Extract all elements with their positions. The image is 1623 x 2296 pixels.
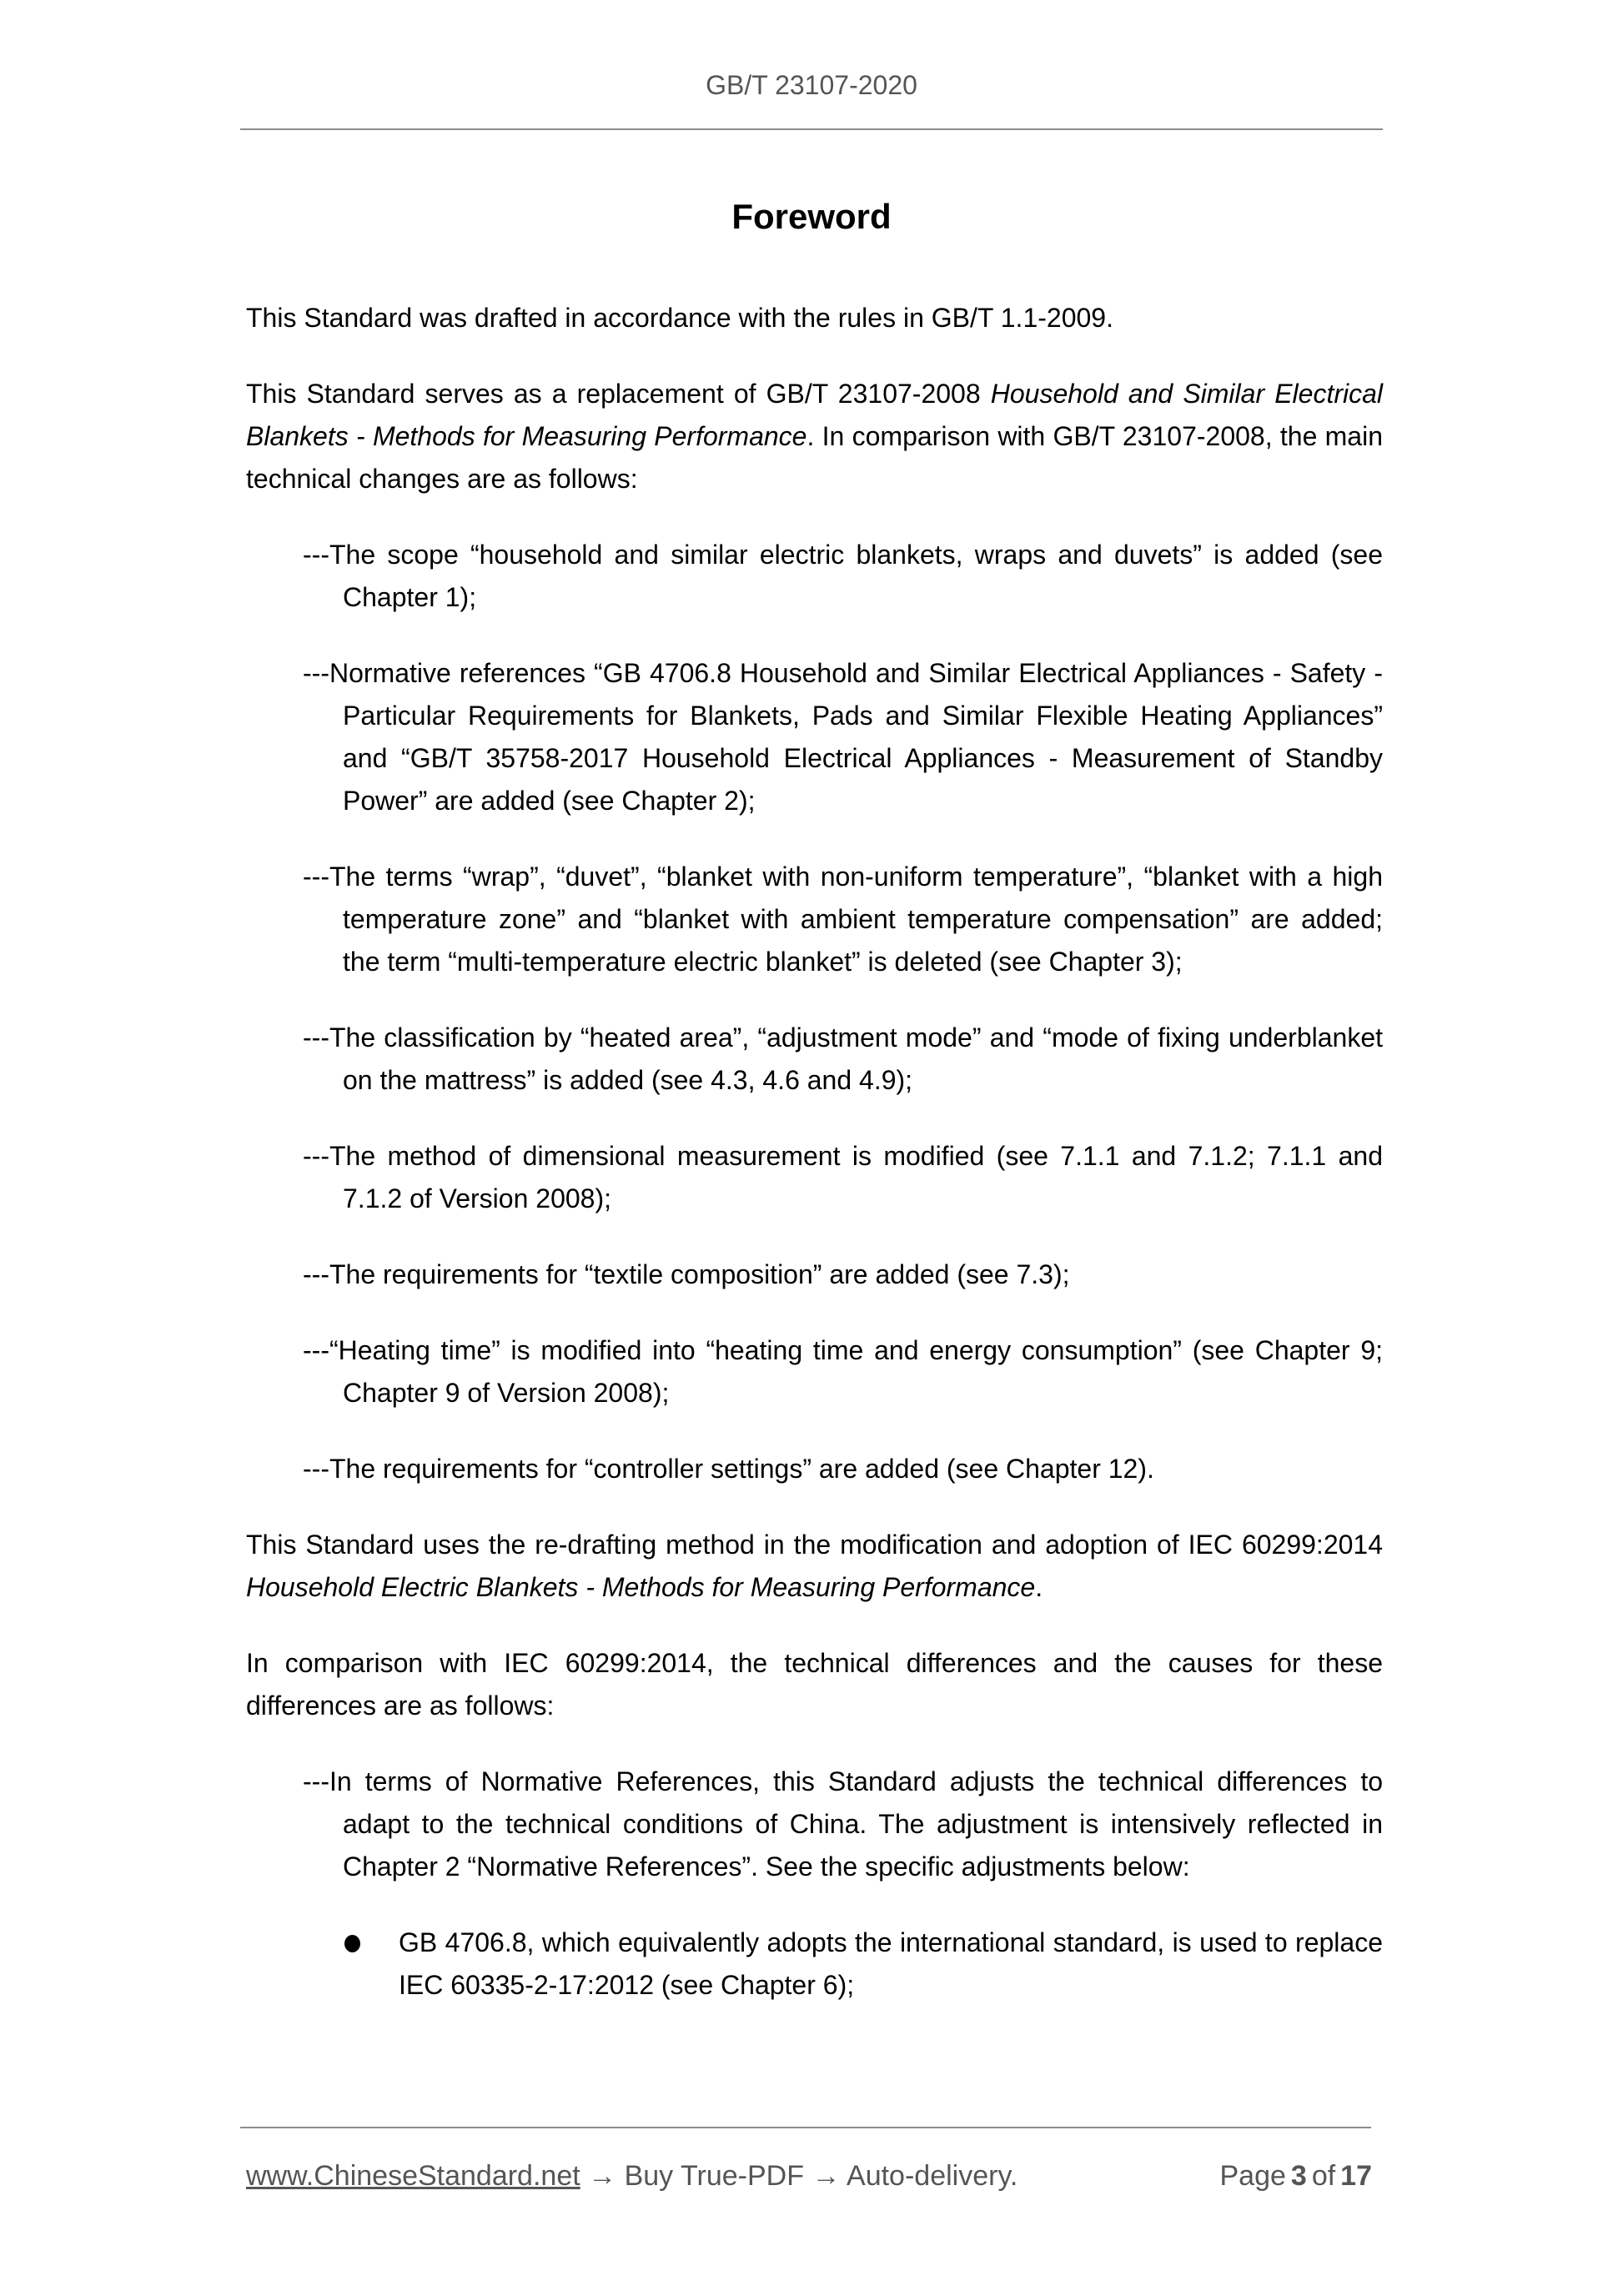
page-footer: www.ChineseStandard.net → Buy True-PDF →… xyxy=(246,2160,1372,2193)
bullet-dot-icon xyxy=(344,1935,360,1952)
change-item: ---“Heating time” is modified into “heat… xyxy=(246,1329,1383,1414)
change-item: ---The method of dimensional measurement… xyxy=(246,1135,1383,1220)
paragraph-differences-intro: In comparison with IEC 60299:2014, the t… xyxy=(246,1642,1383,1727)
adopted-standard-title: Household Electric Blankets - Methods fo… xyxy=(246,1572,1035,1602)
arrow-right-icon: → xyxy=(811,2160,840,2192)
header-divider xyxy=(240,128,1383,130)
paragraph-adoption-method: This Standard uses the re-drafting metho… xyxy=(246,1524,1383,1609)
current-page: 3 xyxy=(1291,2160,1307,2192)
website-link[interactable]: www.ChineseStandard.net xyxy=(246,2160,580,2192)
bullet-item: GB 4706.8, which equivalently adopts the… xyxy=(246,1922,1383,2007)
page-header-doc-code: GB/T 23107-2020 xyxy=(240,70,1383,101)
change-item: ---The requirements for “textile composi… xyxy=(246,1254,1383,1296)
change-item: ---Normative references “GB 4706.8 House… xyxy=(246,652,1383,822)
document-body: This Standard was drafted in accordance … xyxy=(246,297,1383,2040)
change-item: ---The requirements for “controller sett… xyxy=(246,1448,1383,1490)
arrow-right-icon: → xyxy=(588,2160,616,2192)
buy-text: Buy True-PDF xyxy=(625,2160,804,2192)
paragraph-drafting-rules: This Standard was drafted in accordance … xyxy=(246,297,1383,339)
footer-divider xyxy=(240,2127,1371,2128)
changes-list: ---The scope “household and similar elec… xyxy=(246,534,1383,1490)
page-title: Foreword xyxy=(240,197,1383,237)
paragraph-replacement: This Standard serves as a replacement of… xyxy=(246,373,1383,500)
page-indicator: Page3of17 xyxy=(1214,2160,1372,2193)
change-item: ---The classification by “heated area”, … xyxy=(246,1017,1383,1102)
footer-promo: www.ChineseStandard.net → Buy True-PDF →… xyxy=(246,2160,1018,2193)
change-item: ---The terms “wrap”, “duvet”, “blanket w… xyxy=(246,856,1383,983)
difference-item: ---In terms of Normative References, thi… xyxy=(246,1761,1383,1888)
delivery-text: Auto-delivery. xyxy=(847,2160,1018,2192)
total-pages: 17 xyxy=(1340,2160,1372,2192)
change-item: ---The scope “household and similar elec… xyxy=(246,534,1383,619)
